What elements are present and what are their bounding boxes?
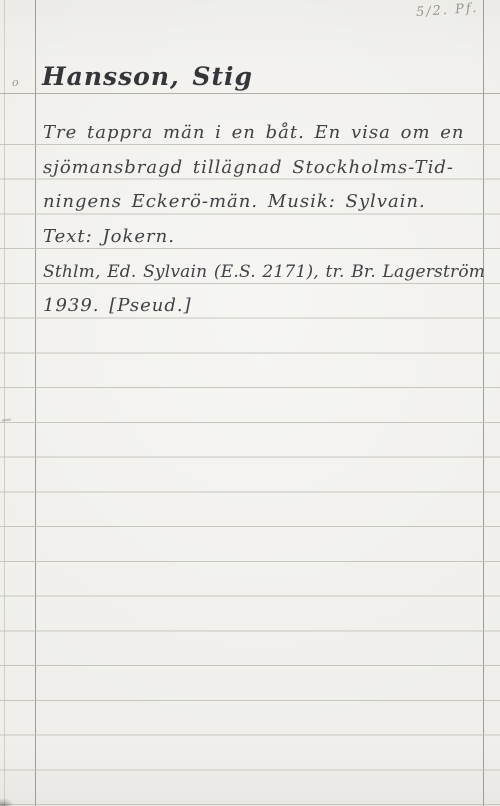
entry-line-title-2: sjömansbragd tillägnad Stockholms-Tid- (43, 156, 454, 180)
entry-line-title-3: ningens Eckerö-män. Musik: Sylvain. (43, 190, 426, 214)
catalog-card: 5/2. Pf. o Hansson, Stig Tre tappra män … (0, 0, 500, 806)
margin-circle-mark: o (12, 76, 19, 89)
heading-rule-line (0, 93, 500, 94)
shelf-mark-annotation: 5/2. Pf. (415, 1, 478, 20)
entry-line-text-credit: Text: Jokern. (43, 225, 175, 249)
entry-line-imprint: Sthlm, Ed. Sylvain (E.S. 2171), tr. Br. … (43, 260, 485, 284)
entry-line-title-1: Tre tappra män i en båt. En visa om en (43, 121, 464, 145)
author-heading: Hansson, Stig (42, 62, 253, 91)
entry-line-year: 1939. [Pseud.] (43, 294, 192, 318)
scan-corner-smudge (0, 798, 14, 806)
